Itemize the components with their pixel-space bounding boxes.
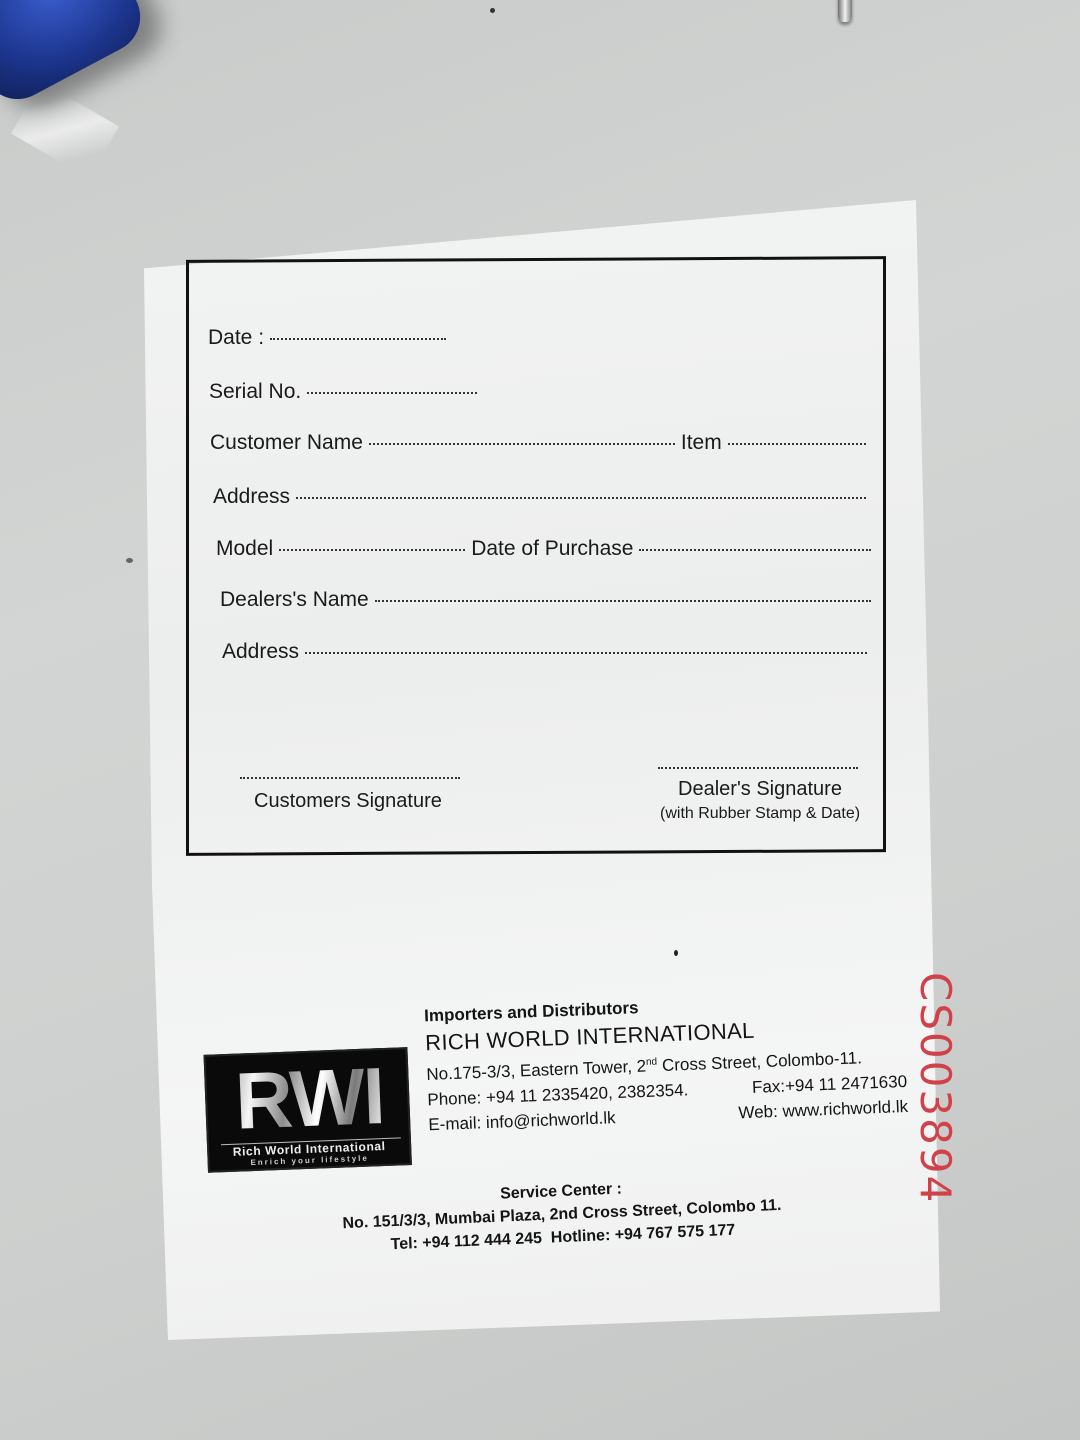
customer-signature-line[interactable] <box>240 776 460 779</box>
customer-signature-label: Customers Signature <box>254 790 442 813</box>
ink-mark <box>674 950 678 956</box>
date-label: Date : <box>208 326 264 350</box>
dealer-address-label: Address <box>222 640 299 664</box>
dealer-signature-label: Dealer's Signature <box>678 778 842 800</box>
customer-name-label: Customer Name <box>210 431 363 455</box>
company-details: Importers and Distributors RICH WORLD IN… <box>424 988 909 1137</box>
customer-address-field[interactable]: Address <box>213 485 872 509</box>
service-center-hotline: Hotline: +94 767 575 177 <box>550 1222 735 1247</box>
metal-pin-background <box>838 0 852 22</box>
dust-speck <box>490 8 495 13</box>
date-of-purchase-input-line[interactable] <box>639 548 871 551</box>
dealer-name-input-line[interactable] <box>375 599 871 602</box>
date-of-purchase-label: Date of Purchase <box>471 537 633 561</box>
dealer-signature-block: Dealer's Signature (with Rubber Stamp & … <box>660 778 860 823</box>
handwritten-serial-number: CS003894 <box>914 972 960 1212</box>
model-field[interactable]: Model Date of Purchase <box>216 537 877 561</box>
rwi-logo: RWI Rich World International Enrich your… <box>204 1047 412 1173</box>
dealer-signature-note: (with Rubber Stamp & Date) <box>660 805 860 823</box>
dealer-signature-line[interactable] <box>658 766 858 769</box>
serial-number-label: Serial No. <box>209 380 301 404</box>
customer-address-label: Address <box>213 485 290 509</box>
date-field[interactable]: Date : <box>208 326 452 350</box>
item-input-line[interactable] <box>728 442 866 445</box>
serial-number-input-line[interactable] <box>307 391 477 394</box>
dust-speck <box>126 558 133 563</box>
dealer-address-input-line[interactable] <box>305 651 867 654</box>
customer-name-input-line[interactable] <box>369 442 675 445</box>
model-label: Model <box>216 537 273 561</box>
address-superscript: nd <box>646 1056 658 1067</box>
model-input-line[interactable] <box>279 548 465 551</box>
item-label: Item <box>681 431 722 455</box>
dealer-name-label: Dealers's Name <box>220 588 369 612</box>
dealer-name-field[interactable]: Dealers's Name <box>220 588 877 612</box>
serial-number-field[interactable]: Serial No. <box>209 380 483 404</box>
dealer-address-field[interactable]: Address <box>222 640 873 664</box>
customer-name-field[interactable]: Customer Name Item <box>210 431 872 455</box>
service-center-tel: Tel: +94 112 444 245 <box>390 1230 542 1253</box>
logo-mark: RWI <box>216 1055 403 1142</box>
customer-address-input-line[interactable] <box>296 496 866 499</box>
blue-object-background <box>0 0 153 112</box>
date-input-line[interactable] <box>270 337 446 340</box>
